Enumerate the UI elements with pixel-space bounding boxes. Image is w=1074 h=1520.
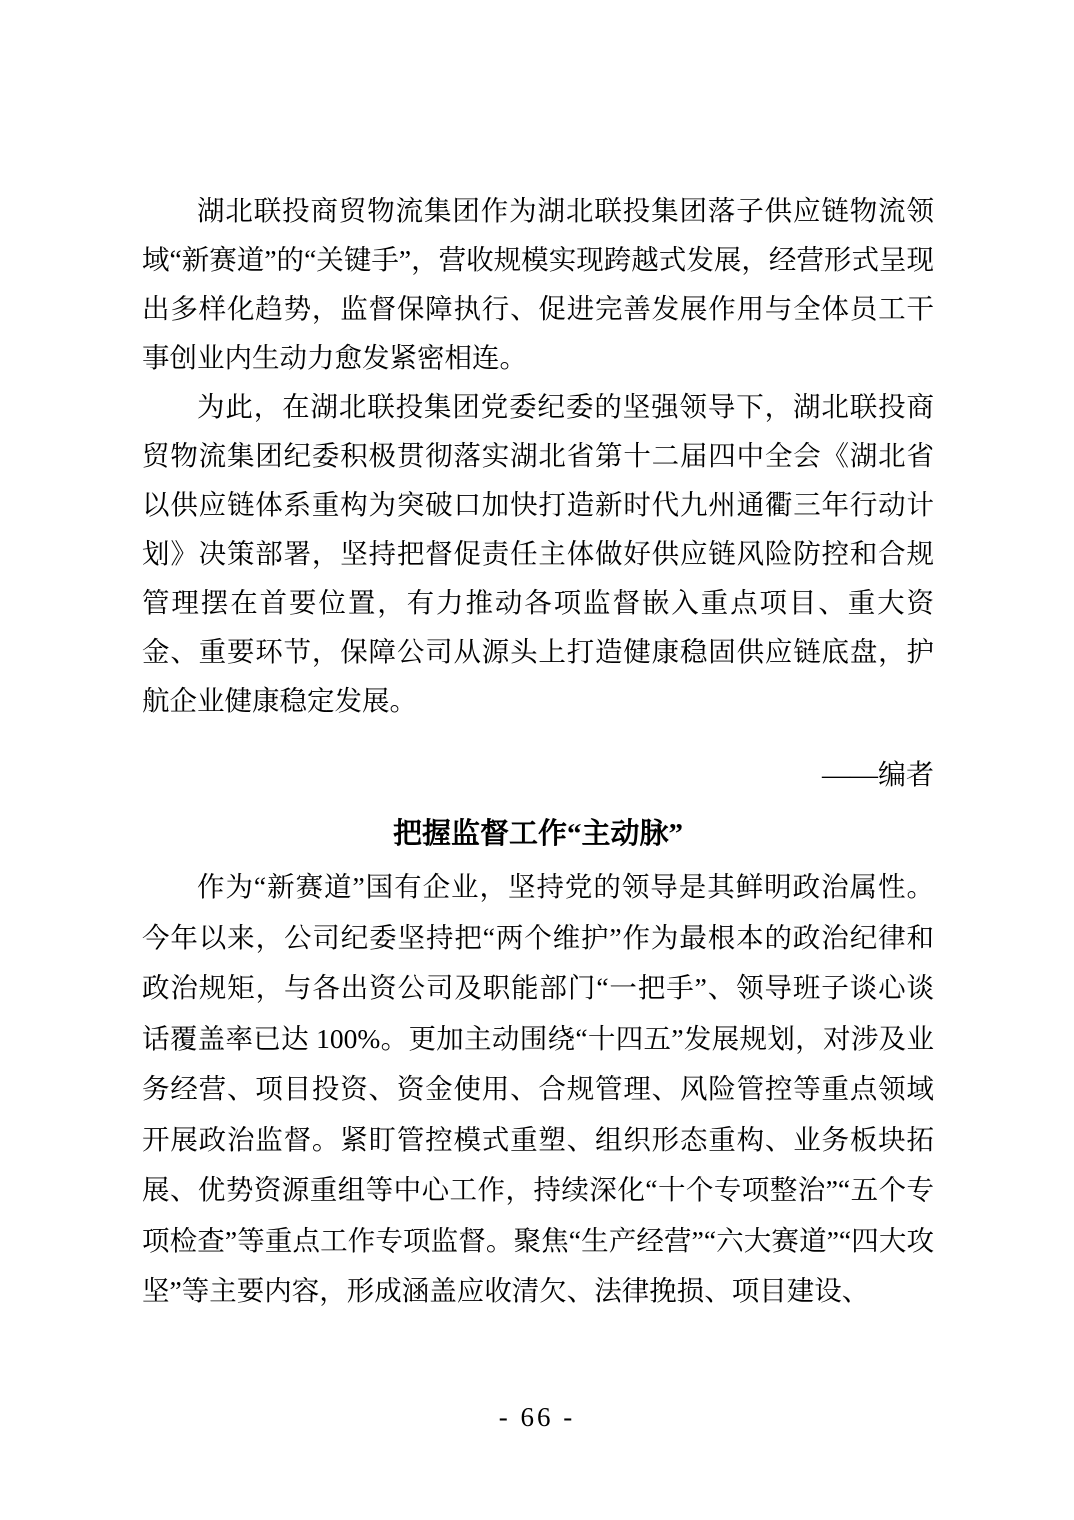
editor-byline: ——编者 xyxy=(142,751,934,800)
editor-note-paragraph-1: 湖北联投商贸物流集团作为湖北联投集团落子供应链物流领域“新赛道”的“关键手”，营… xyxy=(142,186,934,382)
section-heading: 把握监督工作“主动脉” xyxy=(142,809,934,859)
page-number: - 66 - xyxy=(0,1402,1074,1433)
page-content: 湖北联投商贸物流集团作为湖北联投集团落子供应链物流领域“新赛道”的“关键手”，营… xyxy=(142,186,934,1317)
editor-note-paragraph-2: 为此，在湖北联投集团党委纪委的坚强领导下，湖北联投商贸物流集团纪委积极贯彻落实湖… xyxy=(142,382,934,725)
document-page: 湖北联投商贸物流集团作为湖北联投集团落子供应链物流领域“新赛道”的“关键手”，营… xyxy=(0,0,1074,1520)
section-paragraph-1: 作为“新赛道”国有企业，坚持党的领导是其鲜明政治属性。今年以来，公司纪委坚持把“… xyxy=(142,862,934,1317)
